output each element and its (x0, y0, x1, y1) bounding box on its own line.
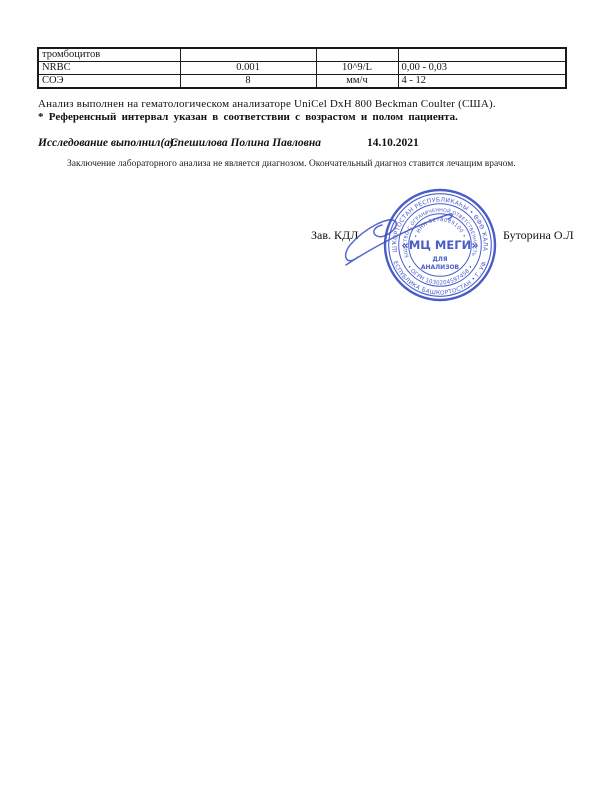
stamp-center-line2: АНАЛИЗОВ (421, 264, 460, 271)
performed-by-date: 14.10.2021 (367, 137, 419, 149)
stamp-center-name: «МЦ МЕГИ» (401, 238, 478, 252)
signer-name: Буторина О.Л (503, 228, 574, 243)
clinic-stamp: БАШҠОРТОСТАН РЕСПУБЛИКАҺЫ • ӨФӨ ҠАЛАҺЫ Р… (382, 187, 498, 303)
cell-parameter: СОЭ (38, 75, 180, 89)
cell-unit: 10^9/L (316, 62, 398, 75)
cell-parameter: NRBC (38, 62, 180, 75)
lab-report-page: тромбоцитов NRBC 0.001 10^9/L 0,00 - 0,0… (0, 0, 600, 812)
results-table: тромбоцитов NRBC 0.001 10^9/L 0,00 - 0,0… (37, 47, 567, 89)
disclaimer-text: Заключение лабораторного анализа не явля… (67, 159, 516, 169)
cell-reference (398, 48, 566, 62)
table-row: СОЭ 8 мм/ч 4 - 12 (38, 75, 566, 89)
cell-reference: 4 - 12 (398, 75, 566, 89)
performed-by-label: Исследование выполнил(а): (38, 137, 178, 149)
cell-parameter: тромбоцитов (38, 48, 180, 62)
cell-unit (316, 48, 398, 62)
table-row: NRBC 0.001 10^9/L 0,00 - 0,03 (38, 62, 566, 75)
table-row: тромбоцитов (38, 48, 566, 62)
cell-unit: мм/ч (316, 75, 398, 89)
reference-interval-note: * Референсный интервал указан в соответс… (38, 111, 458, 123)
performed-by-line: Исследование выполнил(а): Спешилова Поли… (0, 137, 600, 151)
stamp-center-line1: ДЛЯ (433, 256, 448, 263)
cell-reference: 0,00 - 0,03 (398, 62, 566, 75)
cell-value: 0.001 (180, 62, 316, 75)
performed-by-name: Спешилова Полина Павловна (170, 137, 321, 149)
analyzer-note: Анализ выполнен на гематологическом анал… (38, 98, 496, 110)
cell-value: 8 (180, 75, 316, 89)
cell-value (180, 48, 316, 62)
